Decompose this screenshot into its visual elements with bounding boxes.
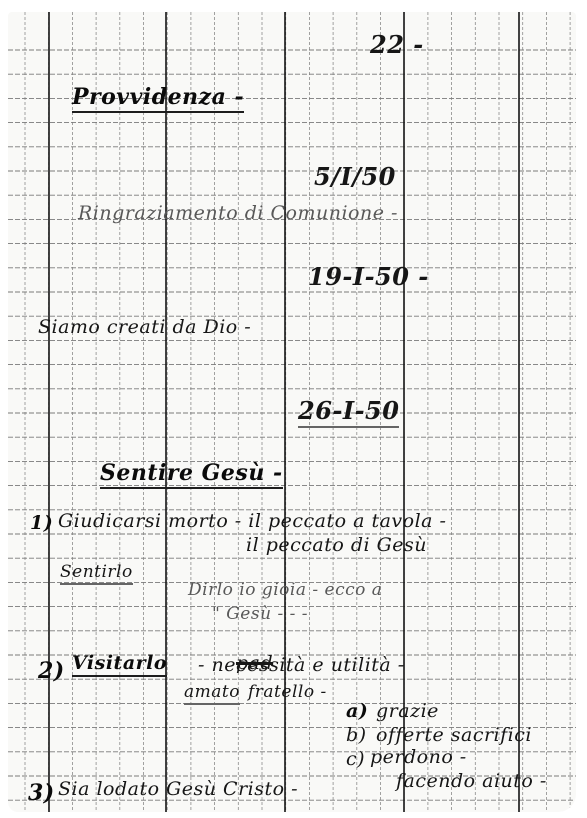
point-number: 3) — [28, 780, 55, 806]
list-item-marker: b) — [346, 724, 367, 746]
point-line: Sia lodato Gesù Cristo - — [58, 778, 298, 800]
list-item: offerte sacrifici — [376, 724, 532, 746]
point-sub-line: Dirlo io gioia - ecco a — [188, 580, 382, 600]
list-item-marker: c) — [346, 748, 365, 770]
side-label: Sentirlo — [60, 562, 133, 585]
point-line: il peccato di Gesù — [246, 534, 427, 556]
sub-text: fratello - — [248, 682, 327, 702]
entry-heading: Sentire Gesù - — [100, 460, 283, 489]
entry-date-3: 26-I-50 — [298, 396, 399, 428]
list-item: grazie — [376, 700, 439, 722]
list-item: perdono - — [370, 746, 467, 768]
point-line: Giudicarsi morto - il peccato a tavola - — [58, 510, 446, 532]
entry-date-2: 19-I-50 - — [308, 262, 429, 291]
point-label: Visitarlo — [72, 652, 167, 677]
page-title: Provvidenza - — [72, 84, 244, 113]
point-line: - necessità e utilità - — [198, 654, 405, 676]
entry-line: Siamo creati da Dio - — [38, 316, 251, 338]
point-number: 2) — [38, 658, 65, 684]
sub-label: amato — [184, 682, 240, 705]
point-sub-line: " Gesù - - - — [212, 604, 308, 624]
entry-line: Ringraziamento di Comunione - — [78, 202, 398, 224]
list-item-marker: a) — [346, 700, 368, 722]
page-number: 22 - — [370, 30, 424, 59]
entry-date-1: 5/I/50 — [314, 162, 396, 191]
point-number: 1) — [30, 512, 53, 534]
notebook-page: 22 - Provvidenza - 5/I/50 Ringraziamento… — [8, 12, 576, 812]
list-item: facendo aiuto - — [396, 770, 547, 792]
